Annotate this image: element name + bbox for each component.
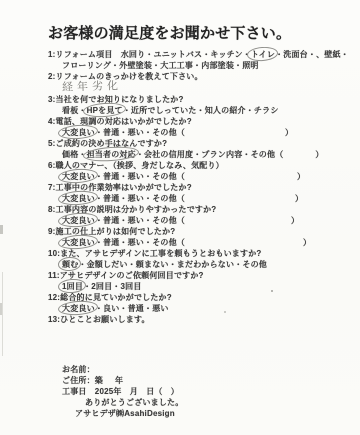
q6-options: 大変良い・普通・悪い・その他（） (48, 171, 353, 182)
q4-options-selected-circle: 大変良い (62, 127, 95, 138)
q12-options: 大変良い・良い・普通・悪い (48, 303, 353, 314)
q5-prompt: 5:ご成約の決め手はなんですか? (48, 138, 353, 149)
q5-options-text: ） (315, 150, 323, 159)
q5-options-text: ・会社の信用度・プラン内容・その他（ (136, 150, 284, 159)
scan-speck-artifact (271, 290, 273, 292)
q13-prompt: 13:ひとことお願いします。 (48, 314, 353, 325)
q1-items-line1-text: 1:リフォーム項目 水回り・ユニットバス・キッチン・ (48, 50, 251, 59)
q7-options-text: ・普通・悪い・その他（ (95, 194, 185, 203)
footer-name-field-text: お名前： (62, 365, 95, 374)
q10-options-text: ・金額しだい・頼まない・まだわからない・その他 (78, 260, 267, 269)
q3-options: 看板・HPを見て・近所でしっていた・知人の紹介・チラシ (48, 105, 353, 116)
q7-prompt: 7:工事中の作業効率はいかがでしたか? (48, 182, 353, 193)
q7-options: 大変良い・普通・悪い・その他（） (48, 193, 353, 204)
q6-options-text: ・普通・悪い・その他（ (95, 172, 185, 181)
footer-thanks: ありがとうございました。 (48, 397, 353, 408)
footer-thanks-text: ありがとうございました。 (85, 398, 183, 407)
q9-options-text: ・普通・悪い・その他（ (95, 238, 185, 247)
q8-options: 大変良い・普通・悪い・その他（） (48, 215, 353, 226)
q6-options-text: ） (297, 172, 305, 181)
q12-options-selected-circle: 大変良い (62, 303, 95, 314)
q5-options-selected-circle: 担当者の対応 (87, 149, 136, 160)
blank-fill-space (185, 222, 291, 223)
q10-prompt-text: 10:また、アサヒデザインに工事を頼もうとおもいますか? (48, 249, 262, 258)
q1-items-line1-selected-circle: トイレ (251, 49, 275, 60)
blank-fill-space (185, 134, 285, 135)
blank-fill-space (185, 244, 303, 245)
q2-answer-handwriting-text: 経年劣化 (62, 80, 122, 94)
q12-prompt-text: 12:総合的に見ていかがでしたか? (48, 293, 172, 302)
q4-options-text: ・普通・悪い・その他（ (95, 128, 185, 137)
q11-prompt-text: 11:アサヒデザインのご依頼何回目ですか? (48, 271, 204, 280)
q8-options-text: ） (291, 216, 299, 225)
q3-options-selected-circle: HPを見て (87, 105, 123, 116)
blank-fill-space (185, 200, 295, 201)
q3-options-text: ・近所でしっていた・知人の紹介・チラシ (123, 106, 279, 115)
scan-edge-mark-artifact (0, 225, 3, 234)
footer-workdate-field-text: 工事日 2025年 月 日（ ） (62, 387, 179, 396)
q5-options: 価格・担当者の対応・会社の信用度・プラン内容・その他（） (48, 149, 353, 160)
q7-options-text: ） (295, 194, 303, 203)
q10-options-selected-circle: 頼む (62, 259, 78, 270)
footer-company-text: アサヒデザ㈱AsahiDesign (75, 409, 175, 418)
q11-options-text: ・2回目・3回目 (83, 282, 142, 291)
q8-prompt-text: 8:工事内容の説明は分かりやすかったですか? (48, 205, 216, 214)
q4-prompt: 4:電話、現調の対応はいかがでしたか? (48, 116, 353, 127)
footer-address-field: ご住所：築年 (48, 375, 353, 386)
survey-lines: 1:リフォーム項目 水回り・ユニットバス・キッチン・トイレ・洗面台・、壁紙・フロ… (48, 49, 353, 419)
q3-options-text: 看板・ (62, 106, 87, 115)
q11-options: 1回目・2回目・3回目 (48, 281, 353, 292)
q6-prompt: 6:職人のマナー、（挨拶、身だしなみ、気配り） (48, 160, 353, 171)
q1-items-line2: フローリング・外壁塗装・大工工事・内部塗装・照明 (48, 60, 353, 71)
q1-items-line2-text: フローリング・外壁塗装・大工工事・内部塗装・照明 (62, 61, 259, 70)
scan-edge-line-artifact (2, 272, 3, 356)
scan-edge-mark-artifact (0, 303, 2, 315)
q4-options: 大変良い・普通・悪い・その他（） (48, 127, 353, 138)
blank-fill-space (103, 382, 115, 383)
scanned-survey-paper: お客様の満足度をお聞かせ下さい。 1:リフォーム項目 水回り・ユニットバス・キッ… (0, 0, 360, 435)
scan-speck-artifact (224, 311, 226, 313)
q9-options: 大変良い・普通・悪い・その他（） (48, 237, 353, 248)
q5-prompt-text: 5:ご成約の決め手はなんですか? (48, 139, 167, 148)
q12-options-text: ・良い・普通・悪い (95, 304, 169, 313)
q9-prompt-text: 9:施工の仕上がりは如何でしたか? (48, 227, 175, 236)
q12-prompt: 12:総合的に見ていかがでしたか? (48, 292, 353, 303)
q4-options-text: ） (285, 128, 293, 137)
q11-options-selected-circle: 1回目 (62, 281, 83, 292)
q9-options-selected-circle: 大変良い (62, 237, 95, 248)
q7-options-selected-circle: 大変良い (62, 193, 95, 204)
q8-options-selected-circle: 大変良い (62, 215, 95, 226)
q7-prompt-text: 7:工事中の作業効率はいかがでしたか? (48, 183, 192, 192)
q6-prompt-text: 6:職人のマナー、（挨拶、身だしなみ、気配り） (48, 161, 224, 170)
blank-fill-space (185, 178, 297, 179)
q8-prompt: 8:工事内容の説明は分かりやすかったですか? (48, 204, 353, 215)
footer-company: アサヒデザ㈱AsahiDesign (48, 408, 353, 419)
q13-prompt-text: 13:ひとことお願いします。 (48, 315, 150, 324)
q3-prompt-text: 3:当社を何でお知りになりましたか? (48, 95, 184, 104)
q11-prompt: 11:アサヒデザインのご依頼何回目ですか? (48, 270, 353, 281)
q1-items-line1: 1:リフォーム項目 水回り・ユニットバス・キッチン・トイレ・洗面台・、壁紙・ (48, 49, 353, 60)
q10-prompt: 10:また、アサヒデザインに工事を頼もうとおもいますか? (48, 248, 353, 259)
q9-prompt: 9:施工の仕上がりは如何でしたか? (48, 226, 353, 237)
footer-address-field-text: 年 (115, 376, 123, 385)
q10-options: 頼む・金額しだい・頼まない・まだわからない・その他 (48, 259, 353, 270)
q8-options-text: ・普通・悪い・その他（ (95, 216, 185, 225)
q9-options-text: ） (303, 238, 311, 247)
blank-fill-space (283, 156, 315, 157)
q3-prompt: 3:当社を何でお知りになりましたか? (48, 94, 353, 105)
page-title: お客様の満足度をお聞かせ下さい。 (48, 22, 353, 43)
footer-address-field-text: ご住所：築 (62, 376, 103, 385)
q4-prompt-text: 4:電話、現調の対応はいかがでしたか? (48, 117, 192, 126)
footer-name-field: お名前： (48, 364, 353, 375)
survey-content: お客様の満足度をお聞かせ下さい。 1:リフォーム項目 水回り・ユニットバス・キッ… (48, 22, 353, 419)
q6-options-selected-circle: 大変良い (62, 171, 95, 182)
q1-items-line1-text: ・洗面台・、壁紙・ (275, 50, 349, 59)
q5-options-text: 価格・ (62, 150, 87, 159)
footer-workdate-field: 工事日 2025年 月 日（ ） (48, 386, 353, 397)
